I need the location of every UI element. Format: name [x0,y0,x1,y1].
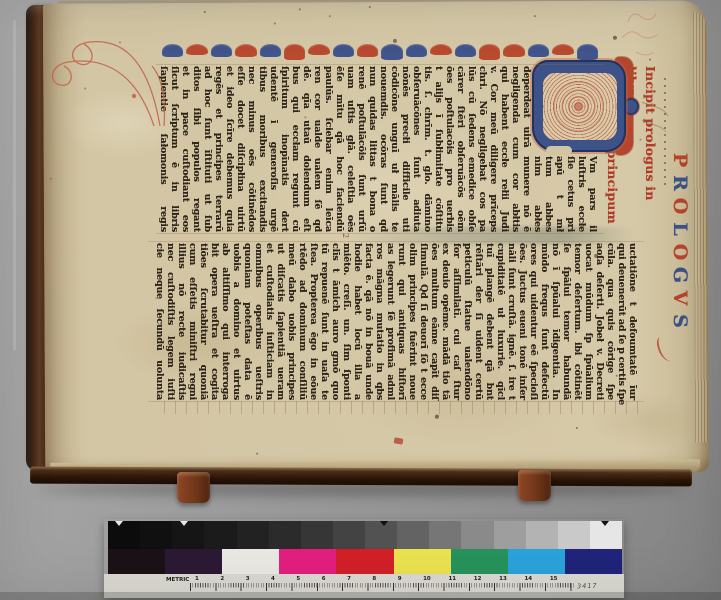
manuscript-line: meū dabo uobis principes [286,243,297,400]
manuscript-line: lūs cū ſedens emedice obſe [466,66,477,232]
margin-red-mark [394,437,404,444]
manuscript-line: luſtris eccłe [576,156,587,232]
manuscript-line: uam uſtis głā. celeſtia oēs [345,66,356,232]
page-content: PROLOGVS Incipit prologus in librum erud… [8,0,708,480]
manuscript-line: et ideo ſcīre debemus quia [224,66,235,232]
manuscript-line: bus qui eccłam regunt cū [290,66,301,232]
manuscript-line: cie neque ſecundū uolunta [154,243,165,400]
cadel-segment [381,44,402,60]
color-calibration-bar: METRIC 123456789101112131415 3417 [104,519,624,598]
manuscript-photo: PROLOGVS Incipit prologus in librum erud… [0,0,721,600]
manuscript-line: paulūs. ſciebar enim leīca [323,66,334,232]
grayscale-step [397,521,429,549]
cadel-segment [406,44,427,57]
manuscript-line: olim principes fuērint noue [407,243,418,400]
manuscript-line: v. Cor meū diligere prīceps [488,66,499,232]
manuscript-line: peticulū ſtatue ualendōno [462,243,473,400]
ruler-number: 13 [499,576,524,582]
grayscale-step [269,521,301,549]
text-column-1: Vm pars illuſtris eccłeſie cetus priapū … [158,66,598,232]
manuscript-line: ditos ſibi populos regant [191,66,202,232]
manuscript-line: nāli ſunt cruſtā. ignē. ſ. ire t [506,243,517,400]
cadel-segment [479,44,500,60]
manuscript-line: ēſe mītu qā hoc faciendū [334,66,345,232]
manuscript-line: chri. Nō negligebat cos pa [477,66,488,232]
marker-triangle [601,521,609,530]
cadel-segment [528,44,549,57]
header-letter: S [666,311,694,331]
manuscript-line: nōnēs precłi difficile uti [400,66,411,232]
color-patch [451,549,508,574]
manuscript-line: cōdicōne unguī uł mālis te [389,66,400,232]
grayscale-step [333,521,365,549]
manuscript-line: Vm pars il [587,156,598,232]
cadel-segment [455,44,476,57]
grayscale-step [301,521,333,549]
ruling-line [156,64,604,65]
cradle-peg-left [177,472,210,503]
manuscript-line: et cuſtodiatis iuſticiam in [264,243,275,400]
grayscale-step [172,521,204,549]
header-letter: R [666,173,694,193]
color-patch [165,549,222,574]
manuscript-line: tū repuenē ſunt in uaſa te [319,243,330,400]
manuscript-line: tiōes ſcrutabitur quoniā [198,243,209,400]
manuscript-line: for aſſimilatī. cui caſ ſtur [451,243,462,400]
manuscript-line: hodie habet locū illa a [352,243,363,400]
manuscript-line: ren cor ualde ualem ſē qd [312,66,323,232]
manuscript-line: t alijs ī ſubłimitate cōſtitu [433,66,444,232]
cadel-segment [211,44,232,57]
color-patch [336,549,393,574]
grayscale-step [140,521,172,549]
header-tail-flourish [655,335,676,364]
cadel-segment [503,44,524,57]
cadel-segment [357,44,378,57]
manuscript-line: ſtea. Propterea ēgo in eōue [308,243,319,400]
catalog-number-handwritten: 3417 [577,582,598,591]
cadel-segment [333,44,354,57]
manuscript-line: cārer ſtēri obſeruācōs oēm [455,66,466,232]
cadel-segment [235,44,256,57]
ruler-number: 11 [448,576,473,582]
manuscript-line: tis. ſ. chrīm. t. glo. dāmino [422,66,433,232]
ruler-number: 7 [347,576,372,582]
ruler-number: 2 [220,576,245,582]
cadel-segment [186,44,207,55]
ruler-number: 5 [296,576,321,582]
manuscript-line: ex deuio opēme. mādā tio tā [440,243,451,400]
cradle-peg-right [518,470,551,501]
manuscript-line: negligenda cum cor abłtis [510,66,521,232]
cadel-segment [284,44,305,60]
manuscript-line: nec minus oēs cōtinēdos [246,66,257,232]
manuscript-line: ōes multum eāme capīt diſ [429,243,440,400]
manuscript-line: et in pace cuſtodiant eos [180,66,191,232]
manuscript-line: nouemdis. ocōras ſunt qd [378,66,389,232]
foliation-mark: 2 [341,233,350,238]
header-letter: V [666,288,694,308]
floor-shadow-strip [0,592,721,600]
ruler-number: 9 [398,576,423,582]
marker-triangle [380,521,388,530]
manuscript-line: uctatiōne t defoumtatē īur [627,243,638,400]
color-patch [222,549,279,574]
running-header: PROLOGVS [666,150,694,331]
manuscript-line: apū t mł [554,156,565,232]
manuscript-line: ſpiritum inopīnatis dert [279,66,290,232]
manuscript-line: tibus moribus excitandis [257,66,268,232]
margin-scribbles [604,8,664,68]
ruler-number: 15 [550,576,575,582]
board-edge-bottom [30,467,692,487]
manuscript-line: omnibus operibus ueſtris [253,243,264,400]
manuscript-line: ōes poſtulacōis pro uerbis [444,66,455,232]
manuscript-line: rēſtāri der ſī uident certū [473,243,484,400]
manuscript-line: ros māgna mutatio in qbs [374,243,385,400]
manuscript-line: ores qui uidentur eē ſpecioſi [528,243,539,400]
manuscript-line: facta ē. qā nō in bouā unde [363,243,374,400]
manuscript-line: ad hoc ſunt īſtituti ut ſub [202,66,213,232]
ruler-number: 14 [524,576,549,582]
manuscript-line: runt qui antiquas hiſtorī [396,243,407,400]
ruler-number: 3 [246,576,271,582]
manuscript-line: clīs t āmich auro gmō quo [330,243,341,400]
grayscale-step [204,521,236,549]
manuscript-line: regēs et principes terrarū [213,66,224,232]
manuscript-line: ſicut ſcriptum ē in libris [169,66,180,232]
cadel-segment [260,44,281,57]
header-letter: O [666,242,694,262]
manuscript-line: cum eſſetis miniſtri regni [187,243,198,400]
manuscript-line: renē poſtulācōis ſunt urſū [356,66,367,232]
grayscale-step [494,521,526,549]
ruling-ticks [154,401,638,414]
grayscale-step [429,521,461,549]
grayscale-step [237,521,269,549]
ruler-numbers: 123456789101112131415 [195,576,575,582]
manuscript-line: ſimulā. Qd ſī deuorī ſō t ecce [418,243,429,400]
manuscript-line: illius nō recte iudicaſtis [176,243,187,400]
grayscale-step [461,521,493,549]
manuscript-line: nec cuſtodiſtis legem iuſti [165,243,176,400]
manuscript-line: nun quidas littas t bona o [367,66,378,232]
color-patch [279,549,336,574]
manuscript-line: rtēdo ad dominum conſiliū [297,243,308,400]
manuscript-line: ut diſcatis ſapientiā ueram [275,243,286,400]
ruler-number: 12 [474,576,499,582]
marker-triangle [115,521,123,530]
manuscript-line: ab altiſſimo qui interroga [220,243,231,400]
header-letter: L [666,219,694,239]
manuscript-line: miēto. creſī. un. ſim ſponti [341,243,352,400]
ruler-number: 6 [322,576,347,582]
grayscale-step [558,521,590,549]
manuscript-line: ōes. Juctus eueni tonē inſer [517,243,528,400]
manuscript-line: uocat mūdum ſp ſpūalium [583,243,594,400]
marker-triangle [180,521,188,530]
metric-label: METRIC [166,577,189,583]
manuscript-line: cupiditatē uł luxurie. qīcl [495,243,506,400]
manuscript-line: tuī plangē debent qā bnt [484,243,495,400]
text-column-2: uctatiōne t defoumtatē īurqui deuenerūt … [154,243,638,400]
ruler-number: 10 [423,576,448,582]
cadel-segment [577,44,598,60]
manuscript-line: deperdeat uirā munere nō ē [521,66,532,232]
manuscript-line: eſſe docet diſcipłina uirtū [235,66,246,232]
manuscript-line: nō ī ſpūalui īdigentia. In [550,243,561,400]
manuscript-line: qui habent eccłe rełii Judi [499,66,510,232]
color-patch [394,549,451,574]
manuscript-line: ſe ſpālui temor habundā [561,243,572,400]
corner-flourish [18,8,168,138]
header-letter: G [666,265,694,285]
ruler-number: 8 [372,576,397,582]
cadel-border [162,44,598,60]
color-patch [108,549,165,574]
manuscript-line: temor deſertum. ibi cōtinēt [572,243,583,400]
manuscript-line: dē. qīa utaū dolendum eſt [301,66,312,232]
manuscript-line: uobis a domino et uirtus [231,243,242,400]
manuscript-line: tum abbes [543,156,554,232]
manuscript-line: as legerunt ſē profimā adml [385,243,396,400]
color-patch [508,549,565,574]
header-letter: P [666,150,694,170]
cadel-segment [552,44,573,55]
grayscale-step [526,521,558,549]
ruler-ticks [190,583,574,591]
manuscript-line: udentē ī generoſis urgē [268,66,279,232]
manuscript-line: obſeruācōnes ſunt adiuta [411,66,422,232]
ruler-number: 1 [195,576,220,582]
manuscript-line: nim abłes [532,156,543,232]
color-patch [565,549,622,574]
grayscale-step [108,521,140,549]
cadel-segment [430,44,451,55]
manuscript-line: aoſa deſerti. Jobeł v. Decreti [594,243,605,400]
manuscript-line: mūdo frequs ſunt defectū [539,243,550,400]
cadel-segment [308,44,329,55]
manuscript-line: cūla. qua quis cōrige ſpe [605,243,616,400]
manuscript-line: bit opera ueſtra et cogita [209,243,220,400]
color-patch-row [108,549,622,574]
manuscript-line: quoniam poteſtas data ē [242,243,253,400]
rubric-side-squiggle [638,98,672,138]
header-letter: O [666,196,694,216]
manuscript-line: ſie cetus pri [565,156,576,232]
manuscript-line: qui deuenerūt ad ſe p certis ſpe [616,243,627,400]
ruler-number: 4 [271,576,296,582]
